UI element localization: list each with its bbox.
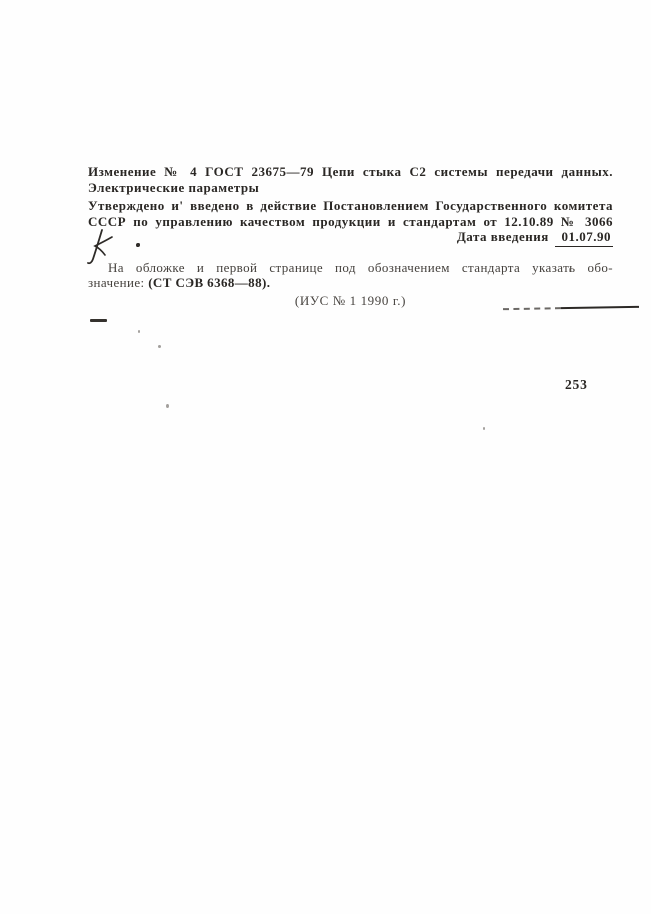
scan-speck bbox=[166, 404, 169, 408]
amendment-title-line-1: Изменение № 4 ГОСТ 23675—79 Цепи стыка С… bbox=[88, 164, 613, 180]
short-rule bbox=[90, 319, 107, 322]
effective-date-value: 01.07.90 bbox=[555, 229, 614, 247]
body-line-2: значение: (СТ СЭВ 6368—88). bbox=[88, 275, 613, 291]
approval-paragraph: Утверждено и' введено в действие Постано… bbox=[88, 198, 613, 247]
approval-line-1: Утверждено и' введено в действие Постано… bbox=[88, 198, 613, 214]
approval-line-2: СССР по управлению качеством продукции и… bbox=[88, 214, 613, 230]
body-line-2-prefix: значение: bbox=[88, 275, 148, 290]
page-number: 253 bbox=[565, 377, 588, 393]
body-paragraph: На обложке и первой странице под обознач… bbox=[88, 260, 613, 291]
pen-dot-mark bbox=[136, 243, 140, 247]
scan-speck bbox=[138, 330, 140, 333]
effective-date-label: Дата введения bbox=[457, 229, 549, 244]
handwritten-k-mark bbox=[85, 228, 117, 268]
scan-speck bbox=[569, 268, 571, 272]
scan-speck bbox=[158, 345, 161, 348]
effective-date-line: Дата введения 01.07.90 bbox=[88, 229, 613, 247]
dashed-rule-dashed-segment bbox=[503, 307, 561, 310]
dashed-rule-solid-segment bbox=[561, 305, 639, 308]
text-block: Изменение № 4 ГОСТ 23675—79 Цепи стыка С… bbox=[88, 164, 613, 308]
standard-designation: (СТ СЭВ 6368—88). bbox=[148, 275, 270, 290]
scan-speck bbox=[483, 427, 485, 430]
body-line-1: На обложке и первой странице под обознач… bbox=[88, 260, 613, 276]
scanned-page: Изменение № 4 ГОСТ 23675—79 Цепи стыка С… bbox=[0, 0, 651, 914]
amendment-title-line-2: Электрические параметры bbox=[88, 180, 613, 196]
